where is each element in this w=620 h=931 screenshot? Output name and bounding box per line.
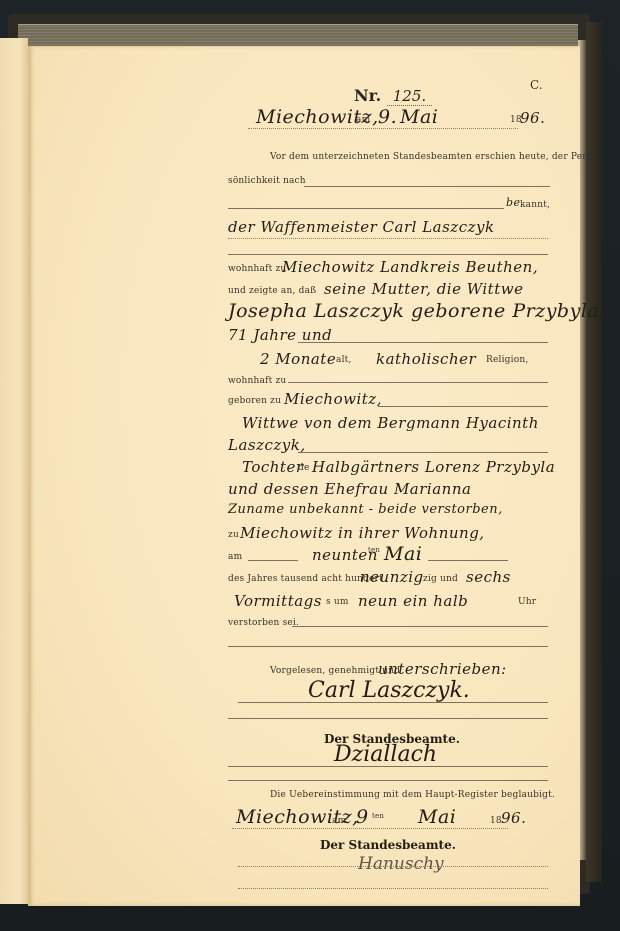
cert-month: Mai xyxy=(418,806,456,828)
religion-value: katholischer xyxy=(376,350,476,368)
header-day: 9. xyxy=(378,106,397,128)
rule xyxy=(228,238,548,239)
official-signature: Dziallach xyxy=(334,742,437,767)
gutter-line xyxy=(30,48,31,904)
rule xyxy=(228,208,504,209)
rule xyxy=(288,382,548,383)
rule xyxy=(238,702,548,703)
page-stack-top-edge xyxy=(18,24,578,47)
death-month: Mai xyxy=(384,543,422,565)
rule xyxy=(428,560,508,561)
declarant-signature: Carl Laszczyk. xyxy=(308,678,470,703)
rule xyxy=(228,766,548,767)
header-month: Mai xyxy=(400,106,438,128)
rule xyxy=(378,406,548,407)
rule xyxy=(298,452,548,453)
residence-value: Miechowitz Landkreis Beuthen, xyxy=(282,258,538,276)
rule xyxy=(304,186,550,187)
rule xyxy=(232,828,508,829)
born-place: Miechowitz, xyxy=(284,390,382,408)
number-value: 125. xyxy=(387,87,432,106)
header-rule xyxy=(248,128,518,129)
section-letter: C. xyxy=(530,78,543,92)
declarant-name: der Waffenmeister Carl Laszczyk xyxy=(228,218,495,236)
book-spine-edge xyxy=(586,22,602,882)
rule xyxy=(248,560,298,561)
death-place: Miechowitz in ihrer Wohnung, xyxy=(240,524,485,542)
rule xyxy=(298,342,548,343)
cert-official-title: Der Standesbeamte. xyxy=(320,838,456,852)
certification-text: Die Uebereinstimmung mit dem Haupt-Regis… xyxy=(270,790,590,800)
number-label: Nr. xyxy=(354,86,381,105)
header-am: am xyxy=(356,115,370,125)
cert-official-signature: Hanuschy xyxy=(358,854,444,874)
rule xyxy=(238,866,548,867)
register-page xyxy=(28,46,580,906)
cert-day: 9 xyxy=(356,806,369,828)
left-page-edge xyxy=(0,38,28,904)
entry-number: Nr. 125. xyxy=(354,86,432,105)
deceased-name: Josepha Laszczyk geborene Przybyla, xyxy=(228,300,606,322)
intro-line-1: Vor dem unterzeichneten Standesbeamten e… xyxy=(270,152,590,162)
rule xyxy=(228,254,548,255)
rule xyxy=(292,626,548,627)
header-year-suffix: 96. xyxy=(520,109,545,127)
rule xyxy=(238,888,548,889)
